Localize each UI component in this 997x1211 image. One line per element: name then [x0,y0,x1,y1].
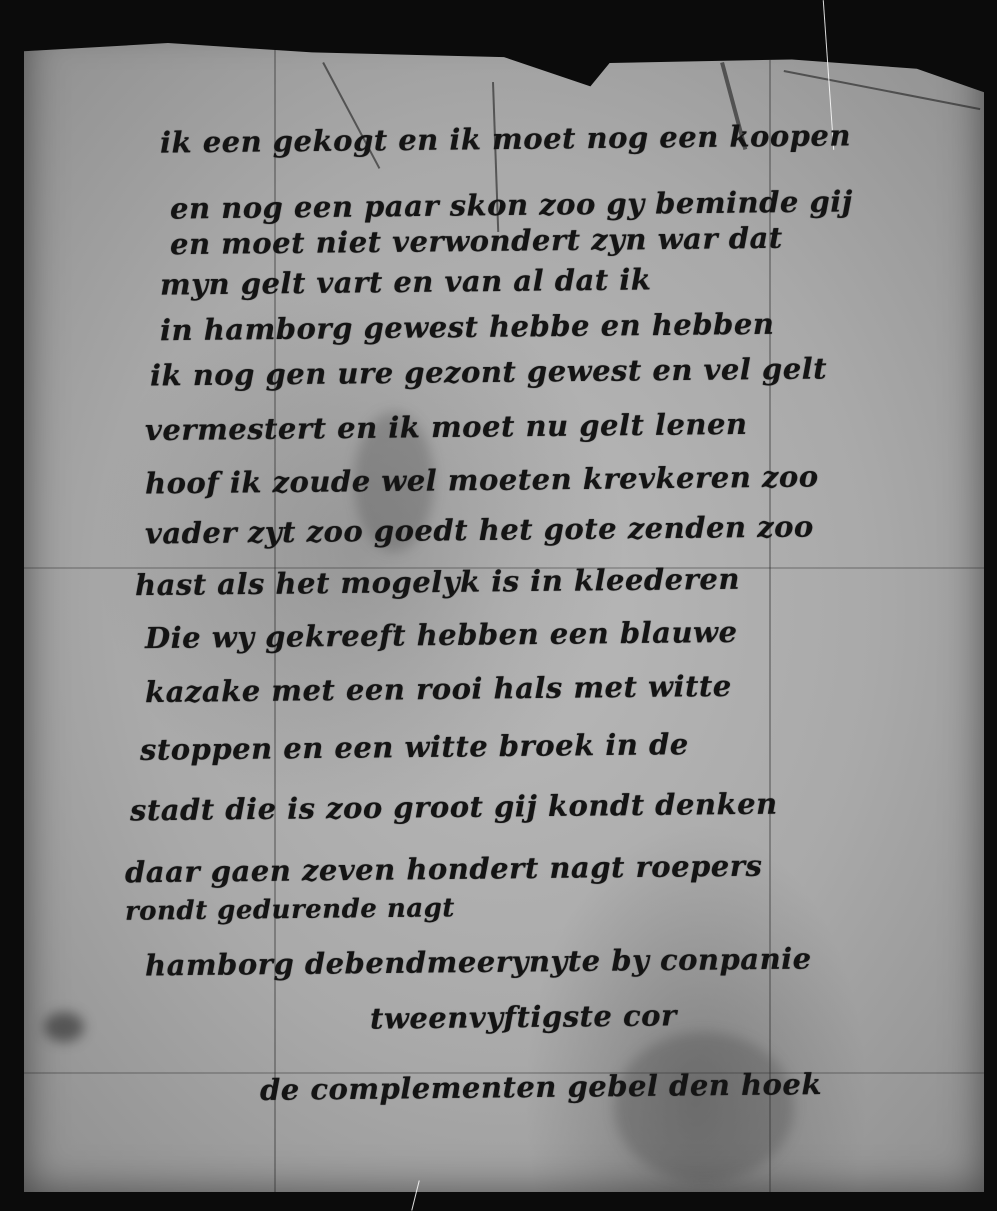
letter-line-14: stadt die is zoo groot gij kondt denken [130,787,778,828]
letter-line-12: kazake met een rooi hals met witte [145,669,732,709]
closing-line: de complementen gebel den hoek [260,1067,822,1107]
scanned-letter: ik een gekogt en ik moet nog een koopen … [0,0,997,1211]
letter-line-1: ik een gekogt en ik moet nog een koopen [160,118,851,159]
letter-line-4: myn gelt vart en van al dat ik [160,262,652,301]
letter-line-10: hast als het mogelyk is in kleederen [135,562,740,602]
letter-line-16: rondt gedurende nagt [125,893,455,926]
signature-unit-line: tweenvyftigste cor [370,998,677,1035]
letter-line-2: en nog een paar skon zoo gy beminde gij [170,184,853,225]
letter-line-5: in hamborg gewest hebbe en hebben [160,307,775,347]
letter-line-3: en moet niet verwondert zyn war dat [170,221,783,261]
letter-line-15: daar gaen zeven hondert nagt roepers [125,849,763,890]
water-stain [614,1032,794,1182]
paper-crease [784,70,981,110]
letter-line-13: stoppen en een witte broek in de [140,727,689,767]
signature-place-line: hamborg debendmeerynyte by conpanie [145,942,812,983]
letter-line-9: vader zyt zoo goedt het gote zenden zoo [145,509,814,550]
letter-line-6: ik nog gen ure gezont gewest en vel gelt [150,351,827,392]
letter-line-11: Die wy gekreeft hebben een blauwe [145,615,738,655]
letter-line-7: vermestert en ik moet nu gelt lenen [145,407,748,447]
letter-line-8: hoof ik zoude wel moeten krevkeren zoo [145,459,819,500]
ink-blot [44,1012,84,1042]
